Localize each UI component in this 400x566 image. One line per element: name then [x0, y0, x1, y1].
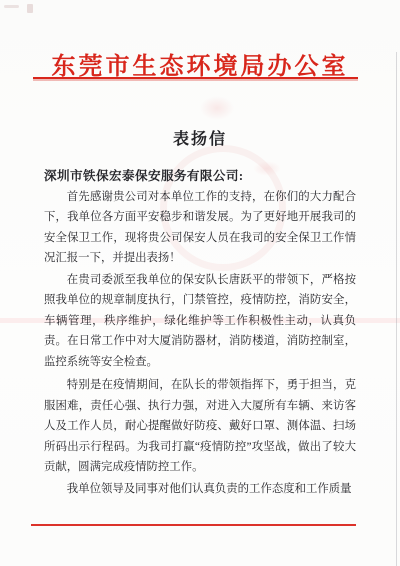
letter-title: 表扬信	[0, 126, 400, 149]
letter-paragraph: 我单位领导及同事对他们认真负责的工作态度和工作质量	[44, 479, 356, 500]
scan-artifact-smudge	[200, 96, 234, 120]
salutation-line: 深圳市铁保宏泰保安服务有限公司:	[44, 166, 356, 187]
scan-artifact-speck	[4, 5, 19, 8]
letterhead-divider-rule	[33, 77, 358, 79]
page-edge-shadow	[396, 52, 397, 566]
scan-artifact-speck	[27, 4, 33, 13]
letterhead-org-name: 东莞市生态环境局办公室	[0, 46, 400, 81]
letter-paragraph: 在贵司委派至我单位的保安队长唐跃平的带领下，严格按照我单位的规章制度执行，门禁管…	[44, 270, 356, 373]
footer-divider-rule	[31, 524, 356, 526]
scanned-letter-page: 东莞市生态环境局办公室 表扬信 深圳市铁保宏泰保安服务有限公司: 首先感谢贵公司…	[0, 0, 400, 566]
letter-paragraph: 特别是在疫情期间，在队长的带领指挥下，勇于担当，克服困难，责任心强、执行力强，对…	[44, 375, 356, 478]
letter-body: 深圳市铁保宏泰保安服务有限公司: 首先感谢贵公司对本单位工作的支持，在你们的大力…	[44, 166, 356, 499]
letter-paragraph: 首先感谢贵公司对本单位工作的支持，在你们的大力配合下，我单位各方面平安稳步和谐发…	[44, 187, 356, 269]
